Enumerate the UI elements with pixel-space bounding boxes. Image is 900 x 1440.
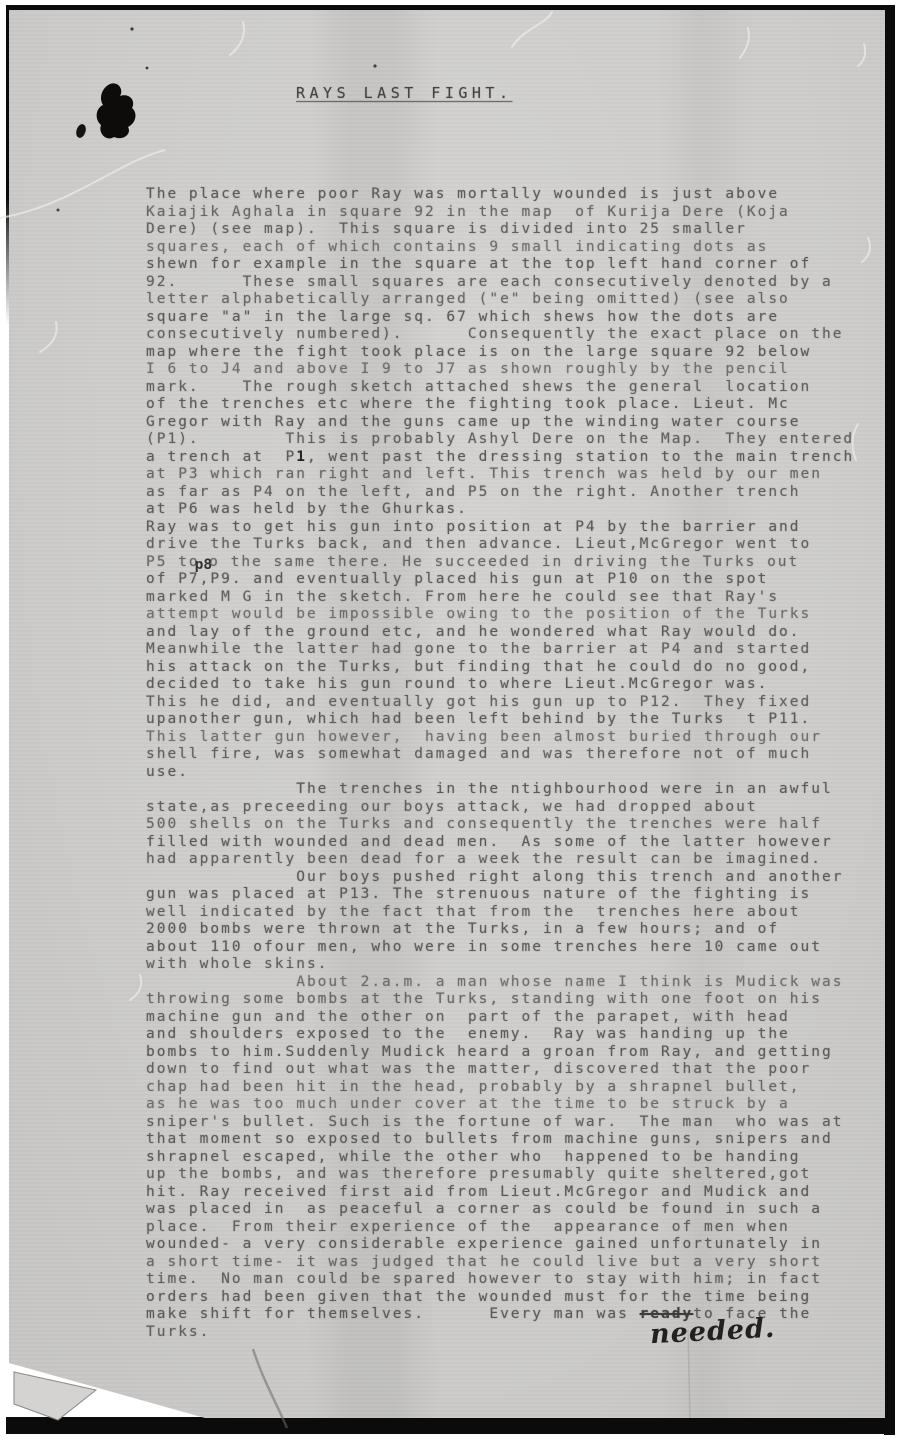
text-line: down to find out what was the matter, di… (146, 1061, 868, 1079)
text-line: marked M G in the sketch. From here he c… (146, 589, 868, 607)
text-line: that moment so exposed to bullets from m… (146, 1131, 868, 1149)
text-line: This he did, and eventually got his gun … (146, 694, 868, 712)
text-line: was placed in as peaceful a corner as co… (146, 1201, 868, 1219)
text-line: wounded- a very considerable experience … (146, 1236, 868, 1254)
text-line: with whole skins. (146, 956, 868, 974)
text-line: shell fire, was somewhat damaged and was… (146, 746, 868, 764)
text-line: up the bombs, and was therefore presumab… (146, 1166, 868, 1184)
scanned-document-page: RAYS LAST FIGHT. The place where poor Ra… (0, 0, 900, 1440)
text-line: gun was placed at P13. The strenuous nat… (146, 886, 868, 904)
text-line: square "a" in the large sq. 67 which she… (146, 309, 868, 327)
text-line: I 6 to J4 and above I 9 to J7 as shown r… (146, 361, 868, 379)
text-line: of the trenches etc where the fighting t… (146, 396, 868, 414)
text-line: filled with wounded and dead men. As som… (146, 834, 868, 852)
text-line: and lay of the ground etc, and he wonder… (146, 624, 868, 642)
text-line: About 2.a.m. a man whose name I think is… (146, 974, 868, 992)
text-line: hit. Ray received first aid from Lieut.M… (146, 1184, 868, 1202)
text-line: 92. These small squares are each consecu… (146, 274, 868, 292)
text-line: map where the fight took place is on the… (146, 344, 868, 362)
text-line: Ray was to get his gun into position at … (146, 519, 868, 537)
text-line: throwing some bombs at the Turks, standi… (146, 991, 868, 1009)
scan-edge-bottom (6, 1417, 895, 1434)
text-line: decided to take his gun round to where L… (146, 676, 868, 694)
text-line: Dere) (see map). This square is divided … (146, 221, 868, 239)
text-line: a trench at P1, went past the dressing s… (146, 449, 868, 467)
text-line: attempt would be impossible owing to the… (146, 606, 868, 624)
text-line: as he was too much under cover at the ti… (146, 1096, 868, 1114)
text-line: chap had been hit in the head, probably … (146, 1079, 868, 1097)
text-line: squares, each of which contains 9 small … (146, 239, 868, 257)
text-line: Our boys pushed right along this trench … (146, 869, 868, 887)
text-line: (P1). This is probably Ashyl Dere on the… (146, 431, 868, 449)
text-line: at P6 was held by the Ghurkas. (146, 501, 868, 519)
text-line: 2000 bombs were thrown at the Turks, in … (146, 921, 868, 939)
text-line: at P3 which ran right and left. This tre… (146, 466, 868, 484)
text-line: mark. The rough sketch attached shews th… (146, 379, 868, 397)
text-line: Gregor with Ray and the guns came up the… (146, 414, 868, 432)
text-line: orders had been given that the wounded m… (146, 1289, 868, 1307)
text-line: Kaiajik Aghala in square 92 in the map o… (146, 204, 868, 222)
text-line: use. (146, 764, 868, 782)
text-line: time. No man could be spared however to … (146, 1271, 868, 1289)
text-line: P5 top8o the same there. He succeeded in… (146, 554, 868, 572)
text-line: consecutively numbered). Consequently th… (146, 326, 868, 344)
scan-edge-right (884, 5, 895, 1435)
text-line: about 110 ofour men, who were in some tr… (146, 939, 868, 957)
text-line: The place where poor Ray was mortally wo… (146, 186, 868, 204)
text-line: state,as preceeding our boys attack, we … (146, 799, 868, 817)
text-line: well indicated by the fact that from the… (146, 904, 868, 922)
text-line: had apparently been dead for a week the … (146, 851, 868, 869)
handwritten-correction: needed. (649, 1313, 776, 1351)
text-line: sniper's bullet. Such is the fortune of … (146, 1114, 868, 1132)
document-title: RAYS LAST FIGHT. (296, 84, 513, 102)
text-line: shrapnel escaped, while the other who ha… (146, 1149, 868, 1167)
text-line: a short time- it was judged that he coul… (146, 1254, 868, 1272)
text-line: Meanwhile the latter had gone to the bar… (146, 641, 868, 659)
scan-edge-top (6, 5, 895, 10)
text-line: The trenches in the ntighbourhood were i… (146, 781, 868, 799)
text-line: 500 shells on the Turks and consequently… (146, 816, 868, 834)
text-line: and shoulders exposed to the enemy. Ray … (146, 1026, 868, 1044)
text-line: shewn for example in the square at the t… (146, 256, 868, 274)
text-line: upanother gun, which had been left behin… (146, 711, 868, 729)
text-line: as far as P4 on the left, and P5 on the … (146, 484, 868, 502)
typewritten-text: The place where poor Ray was mortally wo… (146, 186, 868, 1341)
text-line: bombs to him.Suddenly Mudick heard a gro… (146, 1044, 868, 1062)
text-line: machine gun and the other on part of the… (146, 1009, 868, 1027)
text-line: drive the Turks back, and then advance. … (146, 536, 868, 554)
text-line: letter alphabetically arranged ("e" bein… (146, 291, 868, 309)
text-line: of P7,P9. and eventually placed his gun … (146, 571, 868, 589)
text-line: This latter gun however, having been alm… (146, 729, 868, 747)
text-line: his attack on the Turks, but finding tha… (146, 659, 868, 677)
text-line: place. From their experience of the appe… (146, 1219, 868, 1237)
